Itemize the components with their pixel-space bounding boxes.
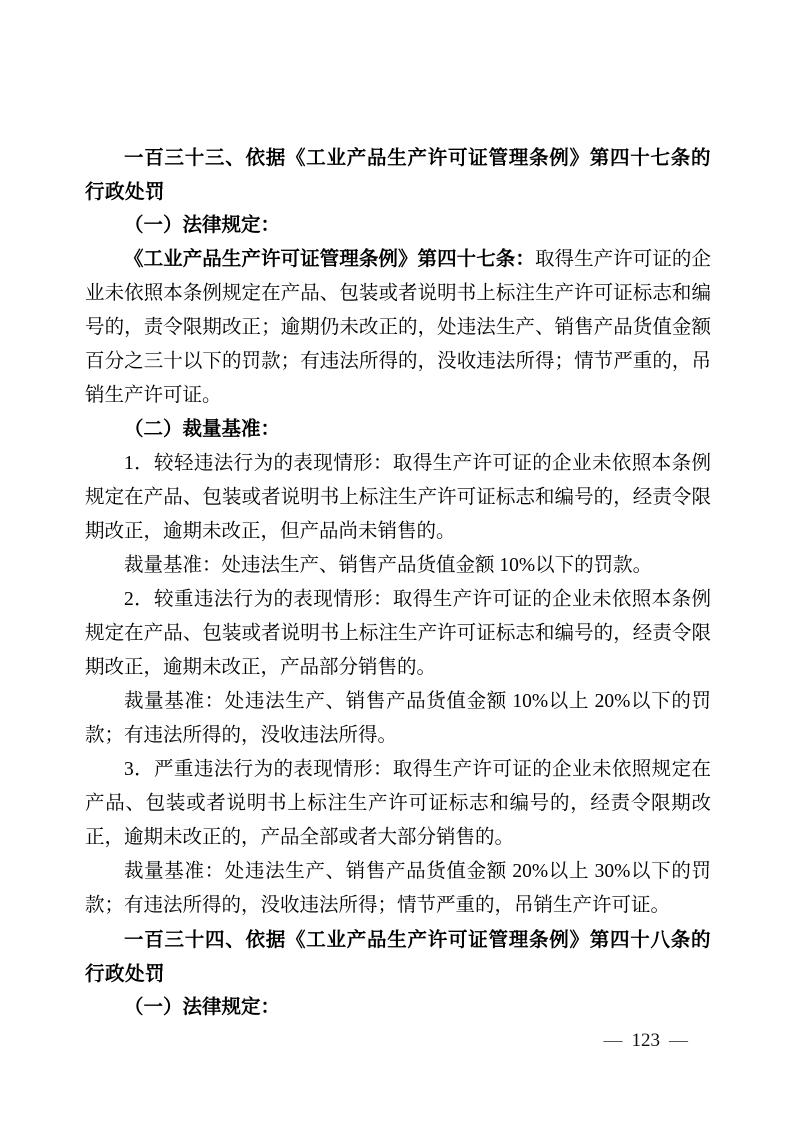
article-47-body: 取得生产许可证的企业未依照本条例规定在产品、包装或者说明书上标注生产许可证标志和… (85, 249, 711, 406)
page-number: 123 (632, 1030, 661, 1051)
document-page: 一百三十三、依据《工业产品生产许可证管理条例》第四十七条的行政处罚 （一）法律规… (0, 0, 793, 1122)
item1-description: 1．较轻违法行为的表现情形：取得生产许可证的企业未依照本条例规定在产品、包装或者… (85, 447, 711, 549)
article-47-paragraph: 《工业产品生产许可证管理条例》第四十七条：取得生产许可证的企业未依照本条例规定在… (85, 243, 711, 413)
document-content: 一百三十三、依据《工业产品生产许可证管理条例》第四十七条的行政处罚 （一）法律规… (85, 141, 711, 1025)
item3-description: 3．严重违法行为的表现情形：取得生产许可证的企业未依照规定在产品、包装或者说明书… (85, 753, 711, 855)
footer-right-dash: — (660, 1030, 697, 1051)
page-footer: —123— (595, 1030, 698, 1052)
item3-benchmark: 裁量基准：处违法生产、销售产品货值金额 20%以上 30%以下的罚款；有违法所得… (85, 855, 711, 923)
item2-benchmark: 裁量基准：处违法生产、销售产品货值金额 10%以上 20%以下的罚款；有违法所得… (85, 685, 711, 753)
item2-description: 2．较重违法行为的表现情形：取得生产许可证的企业未依照本条例规定在产品、包装或者… (85, 583, 711, 685)
footer-left-dash: — (595, 1030, 632, 1051)
benchmark-label: （二）裁量基准： (85, 413, 711, 447)
article-47-lead: 《工业产品生产许可证管理条例》第四十七条： (124, 249, 535, 270)
law-provision-label-1: （一）法律规定： (85, 209, 711, 243)
item1-benchmark: 裁量基准：处违法生产、销售产品货值金额 10%以下的罚款。 (85, 549, 711, 583)
section-heading-134: 一百三十四、依据《工业产品生产许可证管理条例》第四十八条的行政处罚 (85, 923, 711, 991)
law-provision-label-2: （一）法律规定： (85, 991, 711, 1025)
section-heading-133: 一百三十三、依据《工业产品生产许可证管理条例》第四十七条的行政处罚 (85, 141, 711, 209)
